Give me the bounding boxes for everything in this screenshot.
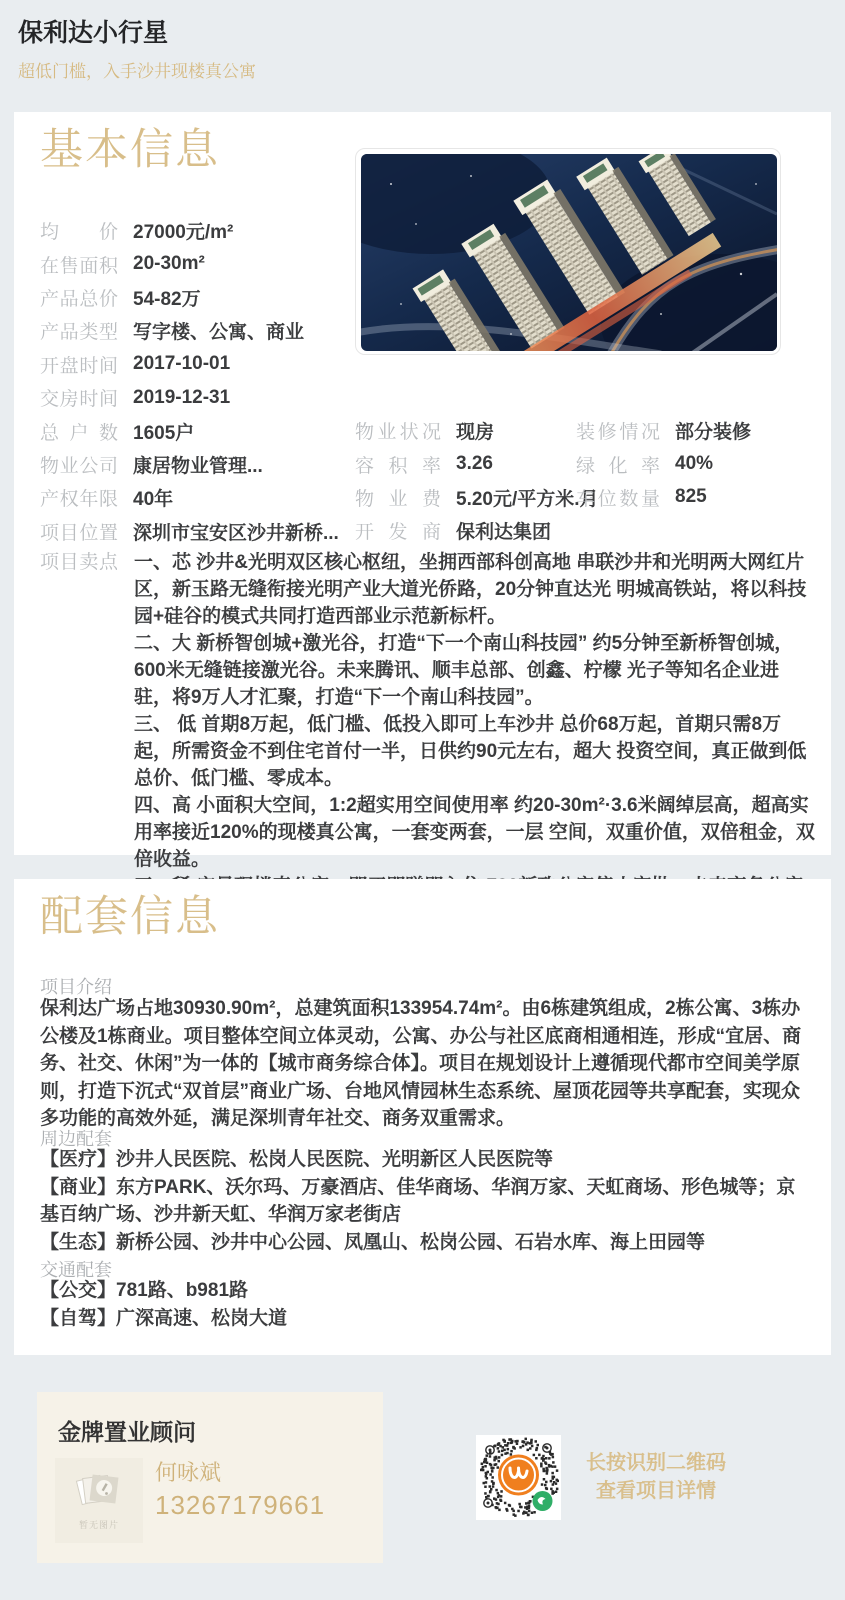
agent-phone[interactable]: 13267179661 [155, 1488, 325, 1522]
field-total-units: 总户数1605户 [40, 414, 350, 447]
basic-fields-right: 装修情况部分装修 绿化率40% 车位数量825 [576, 414, 821, 514]
field-parking-count: 车位数量825 [576, 481, 821, 514]
field-property-status: 物业状况现房 [355, 414, 590, 447]
building-aerial-illustration [361, 154, 777, 351]
agent-photo-placeholder: 暂无图片 [55, 1458, 143, 1543]
qr-code[interactable] [476, 1435, 561, 1520]
basic-fields-left: 均价27000元/m² 在售面积20-30m² 产品总价54-82万 产品类型写… [40, 214, 350, 548]
agent-info: 何咏斌 13267179661 [155, 1458, 325, 1522]
traffic-bus: 【公交】781路、b981路 [40, 1277, 812, 1305]
qr-code-graphic [476, 1435, 561, 1520]
agent-card-title: 金牌置业顾问 [58, 1414, 196, 1447]
page-header: 保利达小行星 超低门槛，入手沙井现楼真公寓 [18, 18, 256, 83]
qr-caption-line2: 查看项目详情 [556, 1477, 756, 1505]
field-total-price: 产品总价54-82万 [40, 281, 350, 314]
field-product-type: 产品类型写字楼、公寓、商业 [40, 314, 350, 347]
no-image-icon [73, 1470, 125, 1514]
amenities-card: 配套信息 项目介绍 保利达广场占地30930.90m²，总建筑面积133954.… [14, 879, 831, 1355]
field-plot-ratio: 容积率3.26 [355, 447, 590, 480]
field-delivery-date: 交房时间2019-12-31 [40, 381, 350, 414]
project-hero-image[interactable] [355, 148, 781, 355]
selling-point-1: 一、芯 沙井&光明双区核心枢纽，坐拥西部科创高地 串联沙井和光明两大网红片区，新… [134, 549, 816, 630]
basic-info-title: 基本信息 [40, 124, 220, 176]
no-image-text: 暂无图片 [79, 1518, 119, 1531]
field-opening-date: 开盘时间2017-10-01 [40, 348, 350, 381]
nearby-medical: 【医疗】沙井人民医院、松岗人民医院、光明新区人民医院等 [40, 1146, 812, 1174]
nearby-amenities-list: 【医疗】沙井人民医院、松岗人民医院、光明新区人民医院等 【商业】东方PARK、沃… [40, 1146, 812, 1256]
agent-card: 金牌置业顾问 暂无图片 何咏斌 13267179661 [37, 1392, 383, 1563]
field-property-company: 物业公司康居物业管理... [40, 448, 350, 481]
nearby-ecology: 【生态】新桥公园、沙井中心公园、凤凰山、松岗公园、石岩水库、海上田园等 [40, 1229, 812, 1257]
field-property-fee: 物业费5.20元/平方米.月 [355, 481, 590, 514]
page-subtitle: 超低门槛，入手沙井现楼真公寓 [18, 61, 256, 83]
project-intro-text: 保利达广场占地30930.90m²，总建筑面积133954.74m²。由6栋建筑… [40, 995, 812, 1133]
field-project-location: 项目位置深圳市宝安区沙井新桥... [40, 515, 350, 548]
field-greening-rate: 绿化率40% [576, 447, 821, 480]
basic-fields-middle: 物业状况现房 容积率3.26 物业费5.20元/平方米.月 开发商保利达集团 [355, 414, 590, 548]
page-title: 保利达小行星 [18, 18, 256, 48]
field-avg-price: 均价27000元/m² [40, 214, 350, 247]
traffic-drive: 【自驾】广深高速、松岗大道 [40, 1305, 812, 1333]
field-decoration: 装修情况部分装修 [576, 414, 821, 447]
basic-info-card: 基本信息 [14, 112, 831, 855]
selling-point-2: 二、大 新桥智创城+激光谷，打造“下一个南山科技园” 约5分钟至新桥智创城，60… [134, 630, 816, 711]
selling-point-4: 四、高 小面积大空间，1:2超实用空间使用率 约20-30m²·3.6米阔绰层高… [134, 792, 816, 873]
field-area-on-sale: 在售面积20-30m² [40, 247, 350, 280]
agent-name: 何咏斌 [155, 1458, 325, 1488]
field-developer: 开发商保利达集团 [355, 514, 590, 547]
qr-caption: 长按识别二维码 查看项目详情 [556, 1449, 756, 1505]
amenities-title: 配套信息 [40, 891, 220, 943]
traffic-list: 【公交】781路、b981路 【自驾】广深高速、松岗大道 [40, 1277, 812, 1332]
nearby-commercial: 【商业】东方PARK、沃尔玛、万豪酒店、佳华商场、华润万家、天虹商场、形色城等；… [40, 1174, 812, 1229]
field-tenure-years: 产权年限40年 [40, 481, 350, 514]
qr-caption-line1: 长按识别二维码 [556, 1449, 756, 1477]
selling-points-label: 项目卖点 [40, 549, 118, 576]
selling-point-3: 三、 低 首期8万起，低门槛、低投入即可上车沙井 总价68万起，首期只需8万起，… [134, 711, 816, 792]
